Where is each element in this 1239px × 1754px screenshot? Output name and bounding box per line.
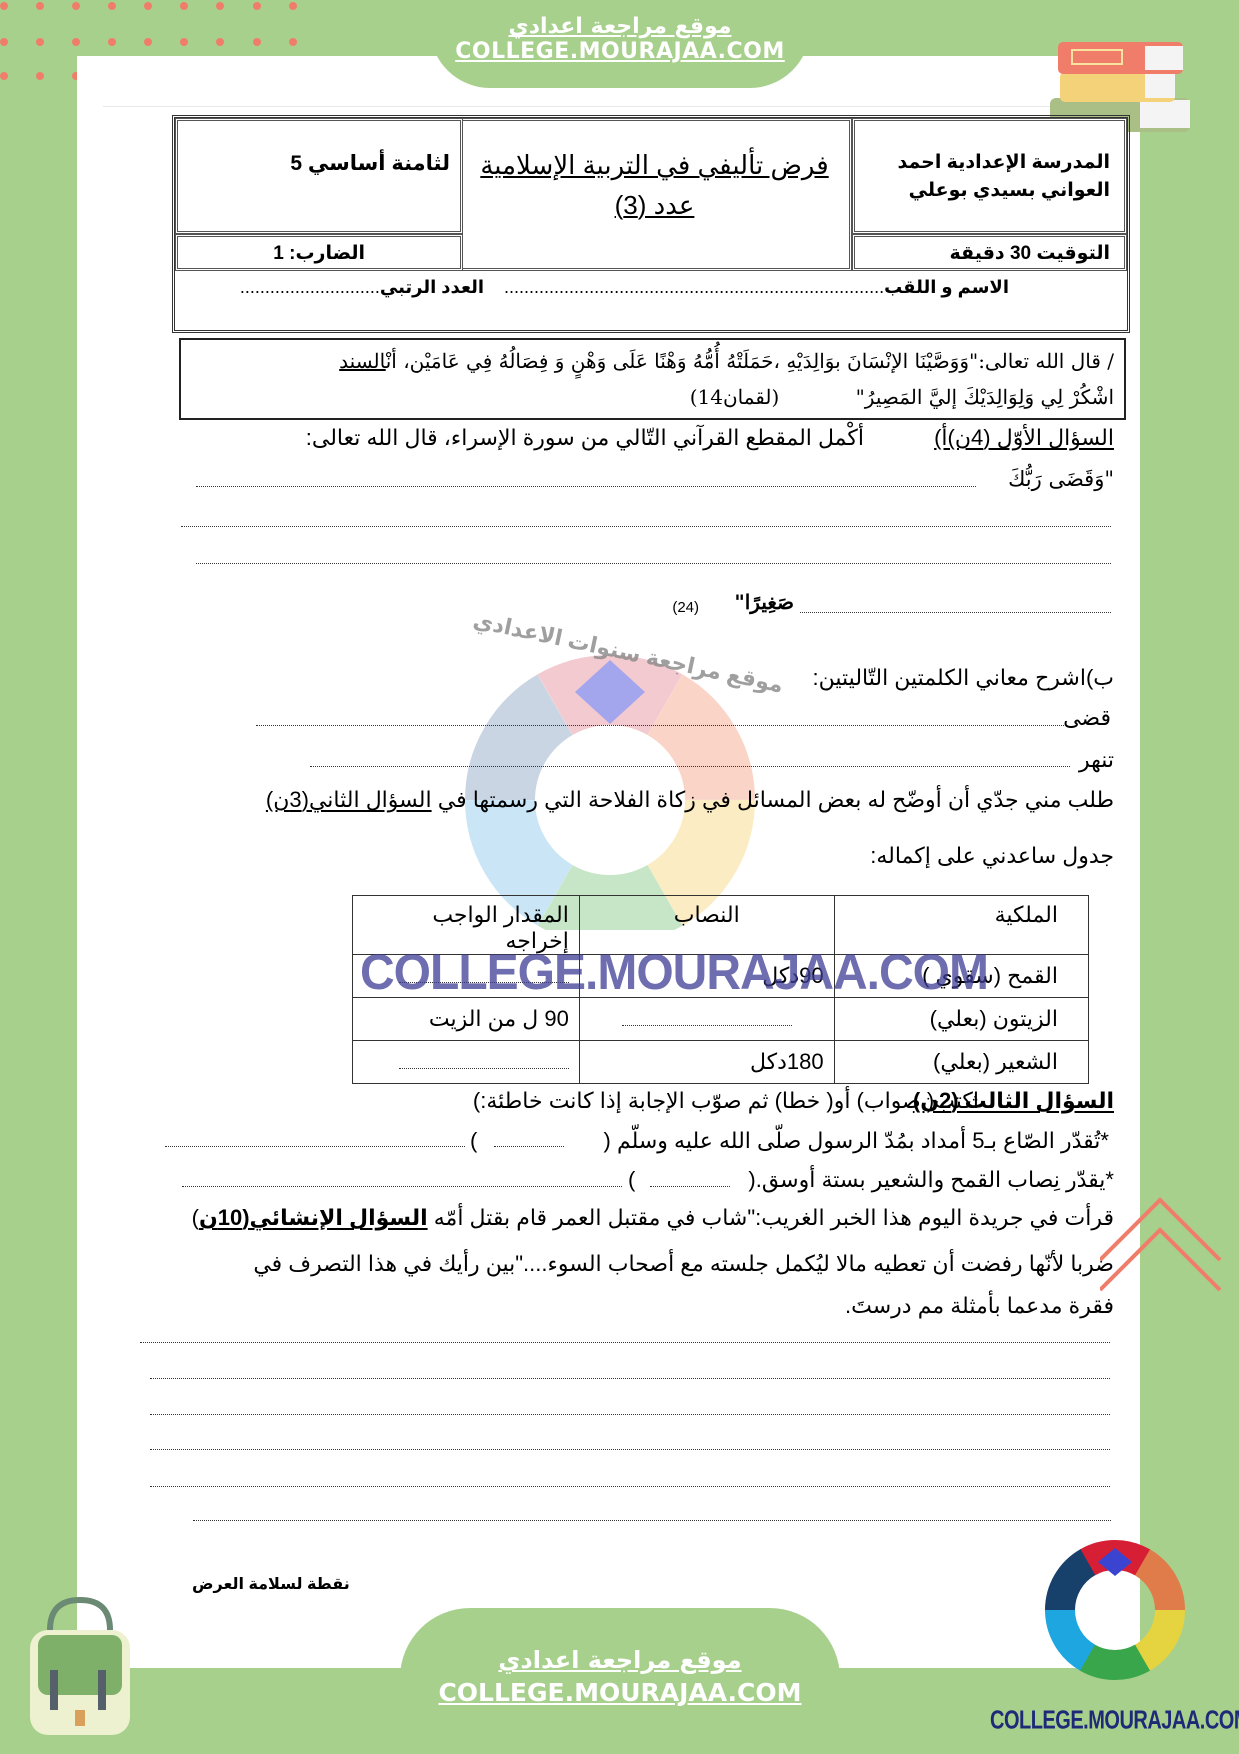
verse-line2: اشْكُرْ لِي وَلِوَالِدَيْكَ إليَّ المَصِ… xyxy=(191,379,1114,415)
cell-amount-blank[interactable] xyxy=(353,1041,580,1084)
cell-ownership: الشعير (بعلي) xyxy=(834,1041,1088,1084)
word1-answer-line[interactable] xyxy=(256,725,1064,726)
table-row: القمح (سقوي ) 90دكل xyxy=(353,955,1089,998)
q2-instruction: جدول ساعدني على إكماله: xyxy=(870,843,1114,869)
q3-s1-correction-line[interactable] xyxy=(165,1146,465,1147)
corner-brand-url[interactable]: COLLEGE.MOURAJAA.COM xyxy=(990,1707,1230,1737)
cell-nisab: 90دكل xyxy=(579,955,834,998)
q3-instruction: اكتب( صواب) أو( خطا) ثم صوّب الإجابة إذا… xyxy=(473,1088,979,1114)
answer-line[interactable] xyxy=(196,486,976,487)
q1-heading: السؤال الأوّل (4ن)أ) xyxy=(934,425,1114,451)
q4-line1: قرأت في جريدة اليوم هذا الخبر الغريب:"شا… xyxy=(192,1205,1114,1231)
duration-cell: التوقيت 30 دقيقة xyxy=(852,234,1127,271)
student-info-row: الاسم و اللقب...........................… xyxy=(175,271,1127,330)
exam-title-cell: فرض تأليفي في التربية الإسلامية عدد (3) xyxy=(457,118,852,271)
essay-line[interactable] xyxy=(150,1449,1110,1450)
word1-label: قضى xyxy=(1063,705,1111,731)
q3-s1-verdict-blank[interactable] xyxy=(494,1146,564,1147)
exam-number: عدد (3) xyxy=(460,185,849,225)
col-header-nisab: النصاب xyxy=(579,896,834,955)
name-input[interactable]: ........................................… xyxy=(504,277,884,297)
exam-title: فرض تأليفي في التربية الإسلامية xyxy=(460,145,849,185)
name-label: الاسم و اللقب xyxy=(884,277,1009,297)
grade-level-cell: لثامنة أساسي 5 xyxy=(175,118,463,234)
answer-line[interactable] xyxy=(800,612,1111,613)
q1-title: السؤال الأوّل (4ن) xyxy=(948,425,1114,450)
q1-part-b-text: ب)اشرح معاني الكلمتين التّاليتين: xyxy=(813,665,1114,691)
backpack-icon xyxy=(20,1590,140,1740)
number-label: العدد الرتبي xyxy=(380,277,484,297)
school-name-line1: المدرسة الإعدادية احمد xyxy=(865,149,1110,177)
exam-header-table: المدرسة الإعدادية احمد العواني بسيدي بوع… xyxy=(172,115,1130,333)
word2-label: تنهر xyxy=(1079,747,1114,773)
q1-verse-end: صَغِيرًا" xyxy=(734,590,794,614)
col-header-ownership: الملكية xyxy=(834,896,1088,955)
q2-title: السؤال الثاني(3ن) xyxy=(266,787,432,812)
banner-arabic-title: موقع مراجعة اعدادي xyxy=(430,0,810,39)
support-verse-box: / قال الله تعالى:"وَوَصَّيْنَا الإنْسَان… xyxy=(179,338,1126,420)
banner-arabic-title: موقع مراجعة اعدادي xyxy=(400,1608,840,1674)
cell-nisab-blank[interactable] xyxy=(579,998,834,1041)
cell-ownership: الزيتون (بعلي) xyxy=(834,998,1088,1041)
q1-part-a-text: أكْمل المقطع القرآني التّالي من سورة الإ… xyxy=(306,425,864,451)
table-header-row: الملكية النصاب المقدار الواجب إخراجه xyxy=(353,896,1089,955)
essay-line[interactable] xyxy=(150,1414,1110,1415)
essay-line[interactable] xyxy=(150,1486,1110,1487)
banner-url-link[interactable]: COLLEGE.MOURAJAA.COM xyxy=(400,1678,840,1707)
q4-title: السؤال الإنشائي(10ن xyxy=(199,1205,428,1230)
verse-line1: / قال الله تعالى:"وَوَصَّيْنَا الإنْسَان… xyxy=(191,343,1114,379)
presentation-point-note: نقطة لسلامة العرض xyxy=(192,1574,350,1594)
answer-line[interactable] xyxy=(181,526,1111,527)
chevron-decoration-icon xyxy=(1100,1190,1239,1340)
coefficient-cell: الضارب: 1 xyxy=(175,234,463,271)
q1-verse-ref: (24) xyxy=(672,599,699,616)
essay-line[interactable] xyxy=(140,1342,1110,1343)
word2-answer-line[interactable] xyxy=(310,766,1070,767)
table-row: الزيتون (بعلي) 90 ل من الزيت xyxy=(353,998,1089,1041)
q1-verse-start: "وَقَضَى رَبُّكَ xyxy=(1008,467,1114,491)
number-input[interactable]: ............................ xyxy=(240,277,380,297)
q3-s2-correction-line[interactable] xyxy=(182,1186,622,1187)
close-paren: ) xyxy=(628,1167,635,1193)
close-paren: ) xyxy=(470,1128,477,1154)
top-brand-banner: موقع مراجعة اعدادي COLLEGE.MOURAJAA.COM xyxy=(430,0,810,88)
banner-url-link[interactable]: COLLEGE.MOURAJAA.COM xyxy=(430,39,810,64)
cell-nisab: 180دكل xyxy=(579,1041,834,1084)
zakat-table: الملكية النصاب المقدار الواجب إخراجه الق… xyxy=(352,895,1089,1084)
school-name-line2: العواني بسيدي بوعلي xyxy=(865,177,1110,205)
essay-line[interactable] xyxy=(193,1520,1111,1521)
essay-line[interactable] xyxy=(150,1378,1110,1379)
cell-amount: 90 ل من الزيت xyxy=(353,998,580,1041)
q4-line3: فقرة مدعما بأمثلة مم درستَ. xyxy=(845,1293,1114,1319)
cell-amount-blank[interactable] xyxy=(353,955,580,998)
q2-paragraph: طلب مني جدّي أن أوضّح له بعض المسائل في … xyxy=(266,787,1114,813)
q4-line2: ضربا لأنّها رفضت أن تعطيه مالا ليُكمل جل… xyxy=(253,1251,1114,1277)
site-logo-icon xyxy=(1040,1530,1190,1700)
bottom-brand-banner: موقع مراجعة اعدادي COLLEGE.MOURAJAA.COM xyxy=(400,1608,840,1754)
q3-statement2: *يقدّر نِصاب القمح والشعير بستة أوسق.( xyxy=(748,1167,1114,1193)
q3-statement1: *تُقدّر الصّاع بـ5 أمداد بمُدّ الرسول صل… xyxy=(604,1128,1110,1154)
support-label: السند xyxy=(339,349,386,373)
table-row: الشعير (بعلي) 180دكل xyxy=(353,1041,1089,1084)
cell-ownership: القمح (سقوي ) xyxy=(834,955,1088,998)
verse-reference: (لقمان14) xyxy=(690,385,780,409)
school-name-cell: المدرسة الإعدادية احمد العواني بسيدي بوع… xyxy=(852,118,1127,234)
q3-s2-verdict-blank[interactable] xyxy=(650,1186,730,1187)
answer-line[interactable] xyxy=(196,563,1111,564)
col-header-amount: المقدار الواجب إخراجه xyxy=(353,896,580,955)
